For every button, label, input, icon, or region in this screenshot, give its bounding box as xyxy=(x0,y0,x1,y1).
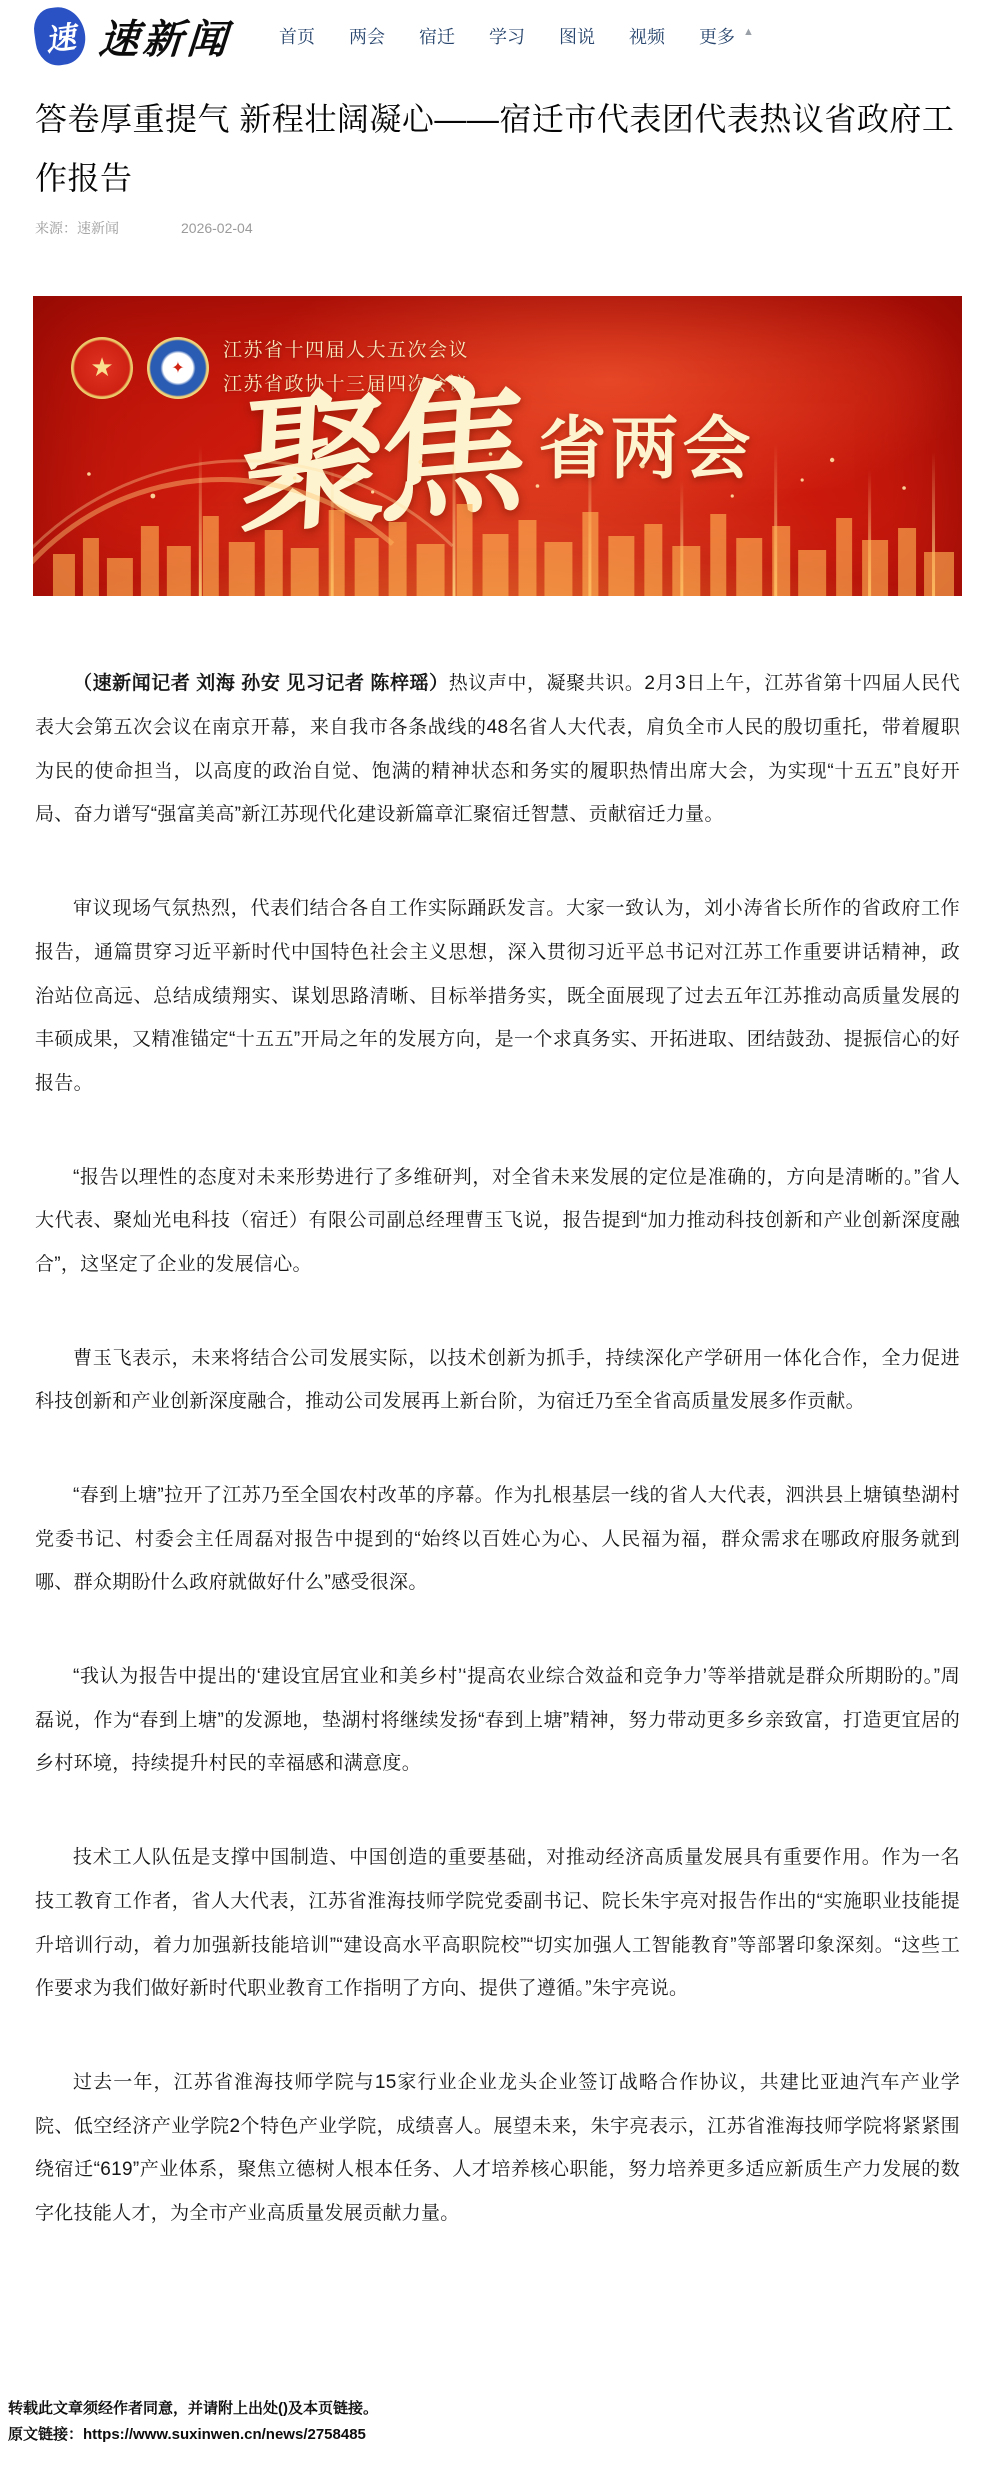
banner-image: ★ ✦ 江苏省十四届人大五次会议 江苏省政协十三届四次会议 聚焦 省两会 xyxy=(33,296,962,596)
page-title: 答卷厚重提气 新程壮阔凝心——宿迁市代表团代表热议省政府工作报告 xyxy=(35,90,960,208)
nav-item-video[interactable]: 视频 xyxy=(629,23,665,49)
original-link-label: 原文链接： xyxy=(8,2426,83,2443)
paragraph-8: 过去一年，江苏省淮海技师学院与15家行业企业龙头企业签订战略合作协议，共建比亚迪… xyxy=(35,2061,960,2236)
nav-item-home[interactable]: 首页 xyxy=(279,23,315,49)
reprint-notice: 转载此文章须经作者同意，并请附上出处()及本页链接。 xyxy=(8,2396,995,2422)
original-link-url[interactable]: https://www.suxinwen.cn/news/2758485 xyxy=(83,2426,366,2443)
main-nav: 首页 两会 宿迁 学习 图说 视频 更多 ▲ xyxy=(279,23,754,49)
article-head: 答卷厚重提气 新程壮阔凝心——宿迁市代表团代表热议省政府工作报告 来源：速新闻 … xyxy=(0,72,995,238)
nav-item-more[interactable]: 更多 xyxy=(699,23,735,49)
caret-up-icon: ▲ xyxy=(743,26,754,38)
source-label: 来源：速新闻 xyxy=(35,218,119,238)
site-header: 速 速新闻 首页 两会 宿迁 学习 图说 视频 更多 ▲ xyxy=(0,0,995,72)
paragraph-6: “我认为报告中提出的‘建设宜居宜业和美乡村’‘提高农业综合效益和竞争力’等举措就… xyxy=(35,1655,960,1786)
nav-item-lianghui[interactable]: 两会 xyxy=(349,23,385,49)
paragraph-3: “报告以理性的态度对未来形势进行了多维研判，对全省未来发展的定位是准确的，方向是… xyxy=(35,1156,960,1287)
byline-reporters: （速新闻记者 刘海 孙安 见习记者 陈梓瑶） xyxy=(73,673,449,694)
article-page: 速 速新闻 首页 两会 宿迁 学习 图说 视频 更多 ▲ 答卷厚重提气 新程壮阔… xyxy=(0,0,995,2491)
logo-icon: 速 xyxy=(31,4,89,68)
paragraph-7: 技术工人队伍是支撑中国制造、中国创造的重要基础，对推动经济高质量发展具有重要作用… xyxy=(35,1836,960,2011)
article-meta: 来源：速新闻 2026-02-04 xyxy=(35,218,960,238)
paragraph-2: 审议现场气氛热烈，代表们结合各自工作实际踊跃发言。大家一致认为，刘小涛省长所作的… xyxy=(35,887,960,1105)
meeting-line-1: 江苏省十四届人大五次会议 xyxy=(223,334,469,367)
publish-date: 2026-02-04 xyxy=(181,220,253,236)
nav-item-photos[interactable]: 图说 xyxy=(559,23,595,49)
paragraph-5: “春到上塘”拉开了江苏乃至全国农村改革的序幕。作为扎根基层一线的省人大代表，泗洪… xyxy=(35,1474,960,1605)
skyline-graphic xyxy=(33,426,962,596)
nav-item-suqian[interactable]: 宿迁 xyxy=(419,23,455,49)
paragraph-1: （速新闻记者 刘海 孙安 见习记者 陈梓瑶）热议声中，凝聚共识。2月3日上午，江… xyxy=(35,662,960,837)
original-link-row: 原文链接：https://www.suxinwen.cn/news/275848… xyxy=(8,2422,995,2448)
page-footer: 转载此文章须经作者同意，并请附上出处()及本页链接。 原文链接：https://… xyxy=(0,2286,995,2477)
article-body: （速新闻记者 刘海 孙安 见习记者 陈梓瑶）热议声中，凝聚共识。2月3日上午，江… xyxy=(0,596,995,2235)
nav-item-study[interactable]: 学习 xyxy=(489,23,525,49)
brand-name: 速新闻 xyxy=(97,8,233,65)
paragraph-4: 曹玉飞表示，未来将结合公司发展实际，以技术创新为抓手，持续深化产学研用一体化合作… xyxy=(35,1337,960,1424)
site-logo[interactable]: 速 速新闻 xyxy=(35,7,231,65)
